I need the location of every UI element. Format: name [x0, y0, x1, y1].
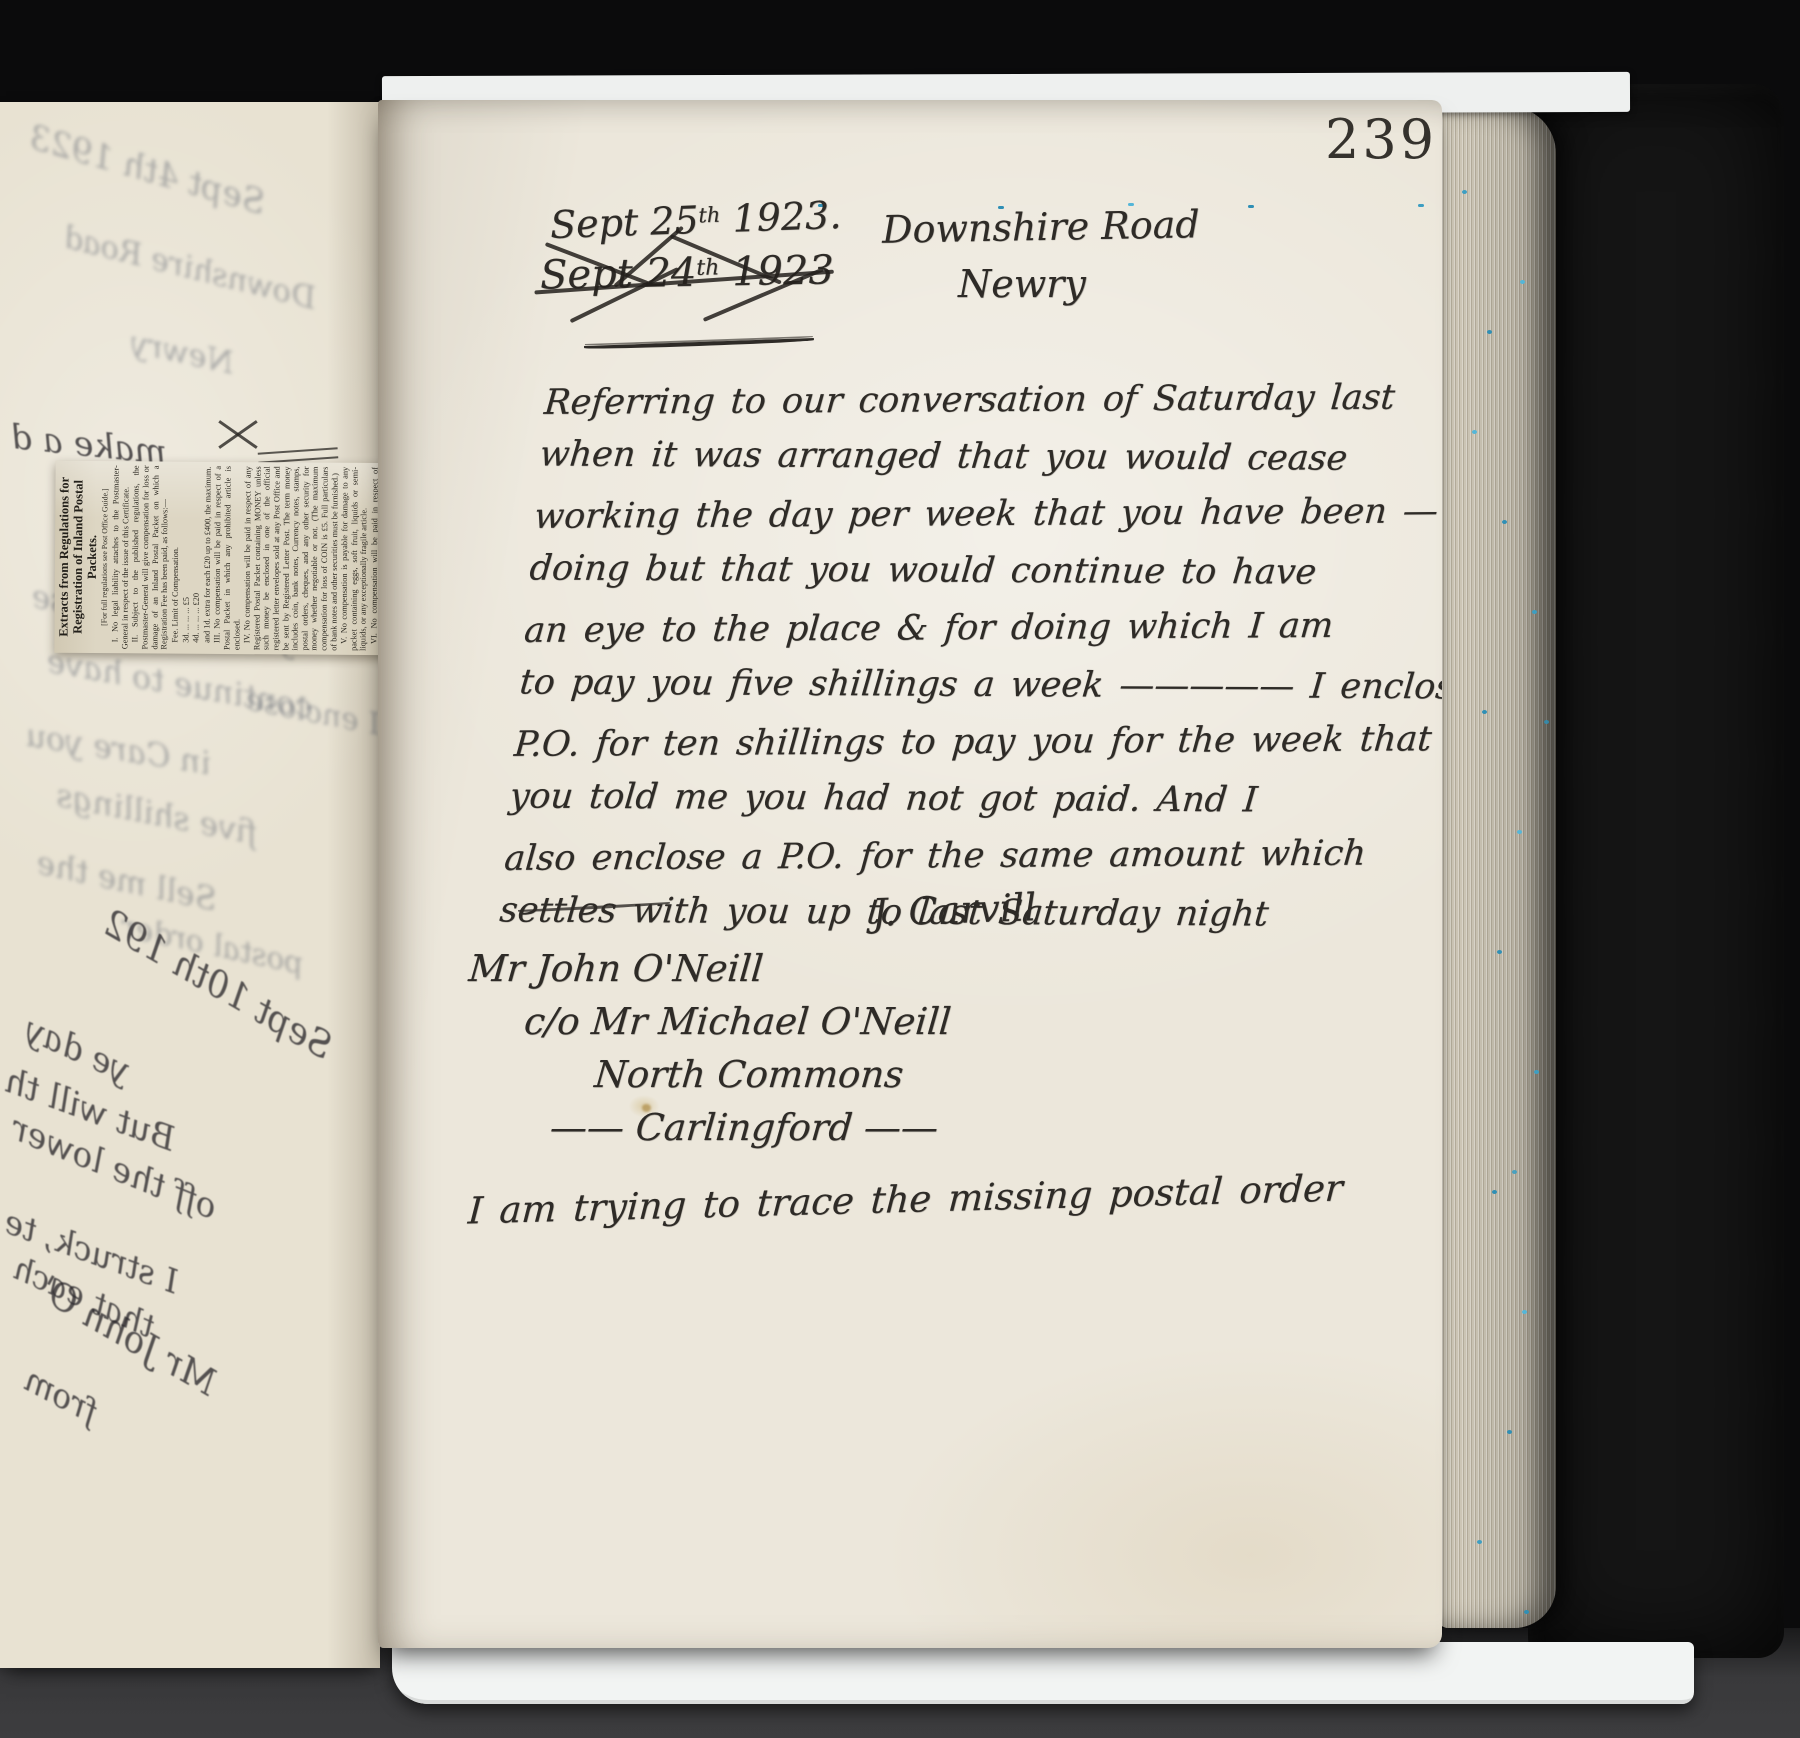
letter-body-line: you told me you had not got paid. And I	[507, 769, 1442, 831]
letter-body-line: doing but that you would continue to hav…	[527, 541, 1442, 603]
letter-body: Referring to our conversation of Saturda…	[497, 372, 1442, 942]
bleedthrough-line: Sell me the	[33, 843, 220, 918]
page-number: 239	[1325, 108, 1437, 171]
recipient-line: c/o Mr Michael O'Neill	[522, 995, 953, 1048]
clipping-title: Extracts from Regulations for Registrati…	[57, 465, 100, 649]
recipient-line: Mr John O'Neill	[467, 942, 958, 995]
left-page: Sept 4th 1923 Downshire Road Newry you w…	[0, 102, 380, 1668]
clipping-paragraph: IV. No compensation will be paid in resp…	[243, 466, 340, 651]
pen-cross-mark	[215, 412, 261, 458]
clipping-paragraph: I. No legal liability attaches to the Po…	[111, 465, 132, 649]
clipping-fee-row: Fee. Limit of Compensation.	[170, 466, 181, 650]
clipping-fee-row: 4d. ... ... ... £20	[191, 466, 202, 650]
cancelled-date: Sept 24th 1923	[540, 247, 835, 298]
clipping-subtitle: [For full regulations see Post Office Gu…	[100, 465, 110, 649]
bleedthrough-line: five shillings	[53, 776, 261, 852]
letter-body-line: Referring to our conversation of Saturda…	[542, 369, 1442, 432]
clipping-rotated-text: Extracts from Regulations for Registrati…	[54, 461, 380, 655]
clipping-paragraph: II. Subject to the published regulations…	[131, 465, 171, 649]
letter-date: Sept 25th 1923.	[549, 193, 842, 247]
clipping-paragraph: III. No compensation will be paid in res…	[213, 466, 243, 650]
sender-address-line: Newry	[958, 262, 1086, 306]
bleedthrough-line: Newry	[127, 325, 237, 382]
interleaf-sheet-bottom	[392, 1642, 1694, 1704]
postscript-line: I am trying to trace the missing postal …	[467, 1167, 1344, 1233]
letter-body-line: also enclose a P.O. for the same amount …	[502, 825, 1442, 888]
ink-offset-fragment: from	[17, 1360, 105, 1432]
clipping-fee-row: 3d. ... ... ... £5	[181, 466, 192, 650]
newspaper-clipping: Extracts from Regulations for Registrati…	[54, 461, 380, 655]
sender-address-line: Downshire Road	[882, 202, 1200, 252]
letter-body-line: an eye to the place & for doing which I …	[522, 597, 1442, 660]
recipient-line: —— Carlingford ——	[548, 1101, 944, 1154]
date-text: 1923.	[720, 193, 842, 241]
clipping-paragraph: V. No compensation is payable for damage…	[340, 467, 370, 651]
bleedthrough-line: in Care you	[23, 716, 214, 783]
recipient-address: Mr John O'Neill c/o Mr Michael O'Neill N…	[453, 942, 958, 1154]
letter-body-line: working the day per week that you have b…	[532, 483, 1442, 546]
book-cover	[1528, 84, 1784, 1658]
right-page: 239 Sept 25th 1923. Sept 24th 1923 Downs…	[378, 100, 1442, 1648]
signature: J. Carvill	[871, 885, 1037, 935]
clipping-fee-note: and 1d. extra for each £20 up to £400, t…	[202, 466, 213, 650]
letter-body-line: when it was arranged that you would ceas…	[537, 427, 1442, 489]
pen-underline	[584, 338, 814, 350]
date-superscript: th	[698, 203, 721, 228]
letter-body-line: P.O. for ten shillings to pay you for th…	[512, 711, 1442, 774]
bleedthrough-line: Sept 4th 1923	[24, 117, 270, 223]
ink-stain	[642, 1104, 651, 1112]
photograph-of-letterbook: Sept 4th 1923 Downshire Road Newry you w…	[0, 0, 1800, 1738]
bleedthrough-line: Downshire Road	[59, 219, 319, 317]
pen-rule-line	[258, 447, 339, 464]
edge-speckles	[1462, 190, 1467, 194]
letter-body-line: to pay you five shillings a week ————— I…	[517, 655, 1442, 717]
page-edge-stack	[1438, 106, 1556, 1628]
recipient-line: North Commons	[592, 1048, 948, 1101]
